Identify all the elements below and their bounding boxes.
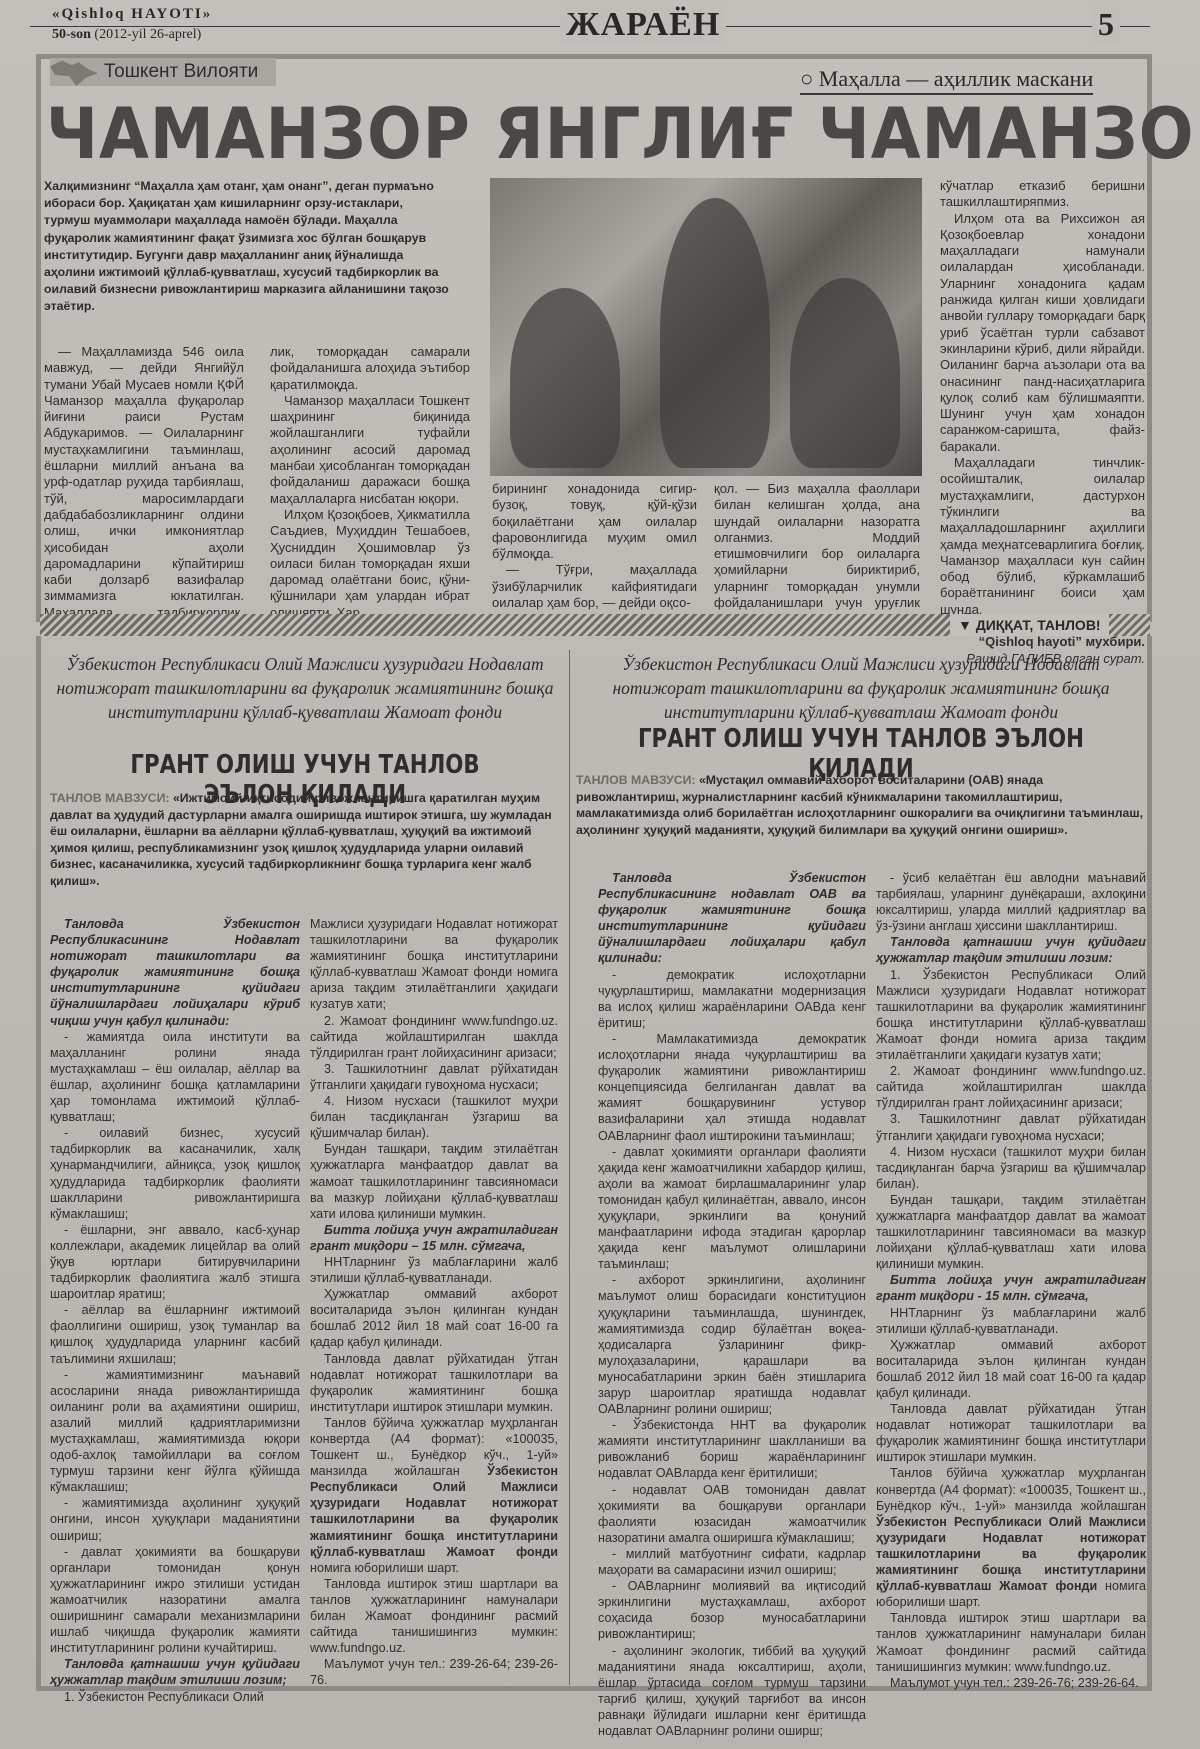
- issue-info: 50-son (2012-yil 26-aprel): [52, 27, 212, 43]
- paragraph: ННТларнинг ўз маблағларини жалб этилиши …: [310, 1254, 558, 1286]
- paragraph: Бундан ташқари, тақдим этилаётган ҳужжат…: [876, 1192, 1146, 1272]
- address: Танлов бўйича ҳужжатлар муҳрланган конве…: [876, 1465, 1146, 1610]
- address-intro: Танлов бўйича ҳужжатлар муҳрланган конве…: [876, 1466, 1146, 1512]
- right-ad-column-1: Танловда Ўзбекистон Республикасининг нод…: [598, 870, 866, 1739]
- address-org: Ўзбекистон Республикаси Олий Мажлиси ҳуз…: [310, 1464, 558, 1558]
- column-divider: [569, 650, 570, 1685]
- paragraph: — Тўғри, маҳаллада ўзибўларчилик кайфият…: [492, 562, 697, 611]
- article-photo: [490, 178, 922, 476]
- notice-banner: ▼ ДИҚҚАТ, ТАНЛОВ!: [950, 614, 1109, 636]
- article-headline: ЧАМАНЗОР ЯНГЛИҒ ЧАМАНЗОР: [46, 96, 1058, 172]
- intro: Танловда Ўзбекистон Республикасининг нод…: [598, 870, 866, 967]
- list-item: - ёшларни, энг аввало, касб-ҳунар коллеж…: [50, 1222, 300, 1302]
- grant-amount: Битта лойиҳа учун ажратиладиган грант ми…: [876, 1272, 1146, 1304]
- paragraph: лик, томорқадан самарали фойдаланишга ал…: [270, 344, 470, 393]
- theme-label: ТАНЛОВ МАВЗУСИ:: [50, 791, 170, 805]
- grant-amount: Битта лойиҳа учун ажратиладиган грант ми…: [310, 1222, 558, 1254]
- paragraph: Бундан ташқари, тақдим этилаётган ҳужжат…: [310, 1141, 558, 1221]
- paragraph: Илҳом Қозоқбоев, Ҳикматилла Саъдиев, Муҳ…: [270, 507, 470, 621]
- uzbekistan-map-icon: [50, 58, 98, 86]
- list-item: - нодавлат ОАВ томонидан давлат ҳокимият…: [598, 1482, 866, 1546]
- right-ad-column-2: - ўсиб келаётган ёш авлодни маънавий тар…: [876, 870, 1146, 1691]
- section-title: ЖАРАЁН: [560, 6, 726, 44]
- list-item: - давлат ҳокимияти ва бошқаруви органлар…: [50, 1544, 300, 1657]
- photo-person-3: [790, 278, 900, 468]
- page-number: 5: [1092, 6, 1120, 43]
- newspaper-page: «Qishloq HAYOTI» 50-son (2012-yil 26-apr…: [0, 0, 1200, 1749]
- doc-item: 2. Жамоат фондининг www.fundngo.uz. сайт…: [876, 1063, 1146, 1111]
- article-column-1: — Маҳалламизда 546 оила мавжуд, — дейди …: [44, 344, 244, 637]
- paragraph: Ҳужжатлар оммавий ахборот воситаларида э…: [876, 1337, 1146, 1401]
- paper-name: «Qishloq HAYOTI»: [52, 6, 212, 23]
- article-column-3: бирининг хонадонида сигир-бузоқ, товуқ, …: [492, 481, 697, 611]
- masthead-left: «Qishloq HAYOTI» 50-son (2012-yil 26-apr…: [52, 6, 212, 43]
- left-ad-theme: ТАНЛОВ МАВЗУСИ: «Ижтимоий-иқтисодий риво…: [50, 790, 560, 890]
- paragraph: Илҳом ота ва Рихсижон ая Қозоқбоевлар хо…: [940, 211, 1145, 455]
- address-tail: номига юборилиши шарт.: [310, 1561, 459, 1575]
- paragraph: ННТларнинг ўз маблағларини жалб этилиши …: [876, 1305, 1146, 1337]
- doc-item: 4. Низом нусхаси (ташкилот муҳри билан т…: [876, 1144, 1146, 1192]
- doc-item: 3. Ташкилотнинг давлат рўйхатидан ўтганл…: [310, 1061, 558, 1093]
- doc-item: 1. Ўзбекистон Республикаси Олий: [50, 1689, 300, 1705]
- doc-item: 3. Ташкилотнинг давлат рўйхатидан ўтганл…: [876, 1111, 1146, 1143]
- contact: Маълумот учун тел.: 239-26-64; 239-26-76…: [310, 1656, 558, 1688]
- list-item: - ОАВларнинг молиявий ва иқтисодий эркин…: [598, 1578, 866, 1642]
- paragraph: Чаманзор маҳалласи Тошкент шаҳрининг биқ…: [270, 393, 470, 507]
- region-label: Тошкент Вилояти: [104, 61, 258, 83]
- list-item: - миллий матбуотнинг сифати, кадрлар маҳ…: [598, 1546, 866, 1578]
- doc-item: 1. Ўзбекистон Республикаси Олий Мажлиси …: [876, 967, 1146, 1064]
- issue-number: 50-son: [52, 27, 91, 42]
- theme-text: «Ижтимоий-иқтисодий ривожлантиришга қара…: [50, 791, 552, 888]
- rules: Танловда иштирок этиш шартлари ва танлов…: [310, 1576, 558, 1656]
- paragraph: Ҳужжатлар оммавий ахборот воситаларида э…: [310, 1286, 558, 1350]
- list-item: - Мамлакатимизда демократик ислоҳотларни…: [598, 1031, 866, 1144]
- list-item: - жамиятда оила институти ва маҳалланинг…: [50, 1029, 300, 1126]
- doc-item: Мажлиси ҳузуридаги Нодавлат нотижорат та…: [310, 916, 558, 1013]
- paragraph: бирининг хонадонида сигир-бузоқ, товуқ, …: [492, 481, 697, 562]
- article-column-5: кўчатлар етказиб беришни ташкиллаштиряпм…: [940, 178, 1145, 667]
- address: Танлов бўйича ҳужжатлар муҳрланган конве…: [310, 1415, 558, 1576]
- theme-label: ТАНЛОВ МАВЗУСИ:: [576, 773, 696, 787]
- paragraph: Маҳалладаги тинчлик-осойишталик, оилалар…: [940, 455, 1145, 618]
- list-item: - ўсиб келаётган ёш авлодни маънавий тар…: [876, 870, 1146, 934]
- region-tag: Тошкент Вилояти: [50, 58, 276, 86]
- right-ad-org: Ўзбекистон Республикаси Олий Мажлиси ҳуз…: [576, 652, 1146, 724]
- list-item: - оилавий бизнес, хусусий тадбиркорлик в…: [50, 1125, 300, 1222]
- article-lead: Халқимизнинг “Маҳалла ҳам отанг, ҳам она…: [44, 178, 450, 316]
- photo-person-2: [660, 198, 770, 468]
- paragraph: — Маҳалламизда 546 оила мавжуд, — дейди …: [44, 344, 244, 637]
- paragraph: қол. — Биз маҳалла фаоллари билан келишг…: [714, 481, 920, 628]
- article-column-2: лик, томорқадан самарали фойдаланишга ал…: [270, 344, 470, 621]
- list-item: - жамиятимизнинг маънавий асосларини яна…: [50, 1367, 300, 1496]
- contact: Маълумот учун тел.: 239-26-76; 239-26-64…: [876, 1675, 1146, 1691]
- docs-heading: Танловда қатнашиш учун қуйидаги ҳужжатла…: [50, 1656, 300, 1688]
- doc-item: 2. Жамоат фондининг www.fundngo.uz. сайт…: [310, 1013, 558, 1061]
- list-item: - ахборот эркинлигини, аҳолининг маълумо…: [598, 1272, 866, 1417]
- article-column-4: қол. — Биз маҳалла фаоллари билан келишг…: [714, 481, 920, 628]
- list-item: - жамиятимизда аҳолининг ҳуқуқий онгини,…: [50, 1495, 300, 1543]
- list-item: - аҳолининг экологик, тиббий ва ҳуқуқий …: [598, 1643, 866, 1740]
- left-ad-column-1: Танловда Ўзбекистон Республикасининг Нод…: [50, 916, 300, 1705]
- left-ad-column-2: Мажлиси ҳузуридаги Нодавлат нотижорат та…: [310, 916, 558, 1689]
- doc-item: 4. Низом нусхаси (ташкилот муҳри билан т…: [310, 1093, 558, 1141]
- rules: Танловда иштирок этиш шартлари ва танлов…: [876, 1610, 1146, 1674]
- paragraph: кўчатлар етказиб беришни ташкиллаштиряпм…: [940, 178, 1145, 211]
- paragraph: Танловда давлат рўйхатидан ўтган нодавла…: [876, 1401, 1146, 1465]
- right-ad-theme: ТАНЛОВ МАВЗУСИ: «Мустақил оммавий ахборо…: [576, 772, 1146, 838]
- list-item: - Ўзбекистонда ННТ ва фуқаролик жамияти …: [598, 1417, 866, 1481]
- docs-heading: Танловда қатнашиш учун қуйидаги ҳужжатла…: [876, 934, 1146, 966]
- issue-date: (2012-yil 26-aprel): [94, 27, 201, 42]
- paragraph: Танловда давлат рўйхатидан ўтган нодавла…: [310, 1351, 558, 1415]
- intro: Танловда Ўзбекистон Республикасининг Нод…: [50, 916, 300, 1029]
- list-item: - давлат ҳокимияти органлари фаолияти ҳа…: [598, 1144, 866, 1273]
- list-item: - демократик ислоҳотларни чуқурлаштириш,…: [598, 967, 866, 1031]
- list-item: - аёллар ва ёшларнинг ижтимоий фаоллигин…: [50, 1302, 300, 1366]
- left-ad-org: Ўзбекистон Республикаси Олий Мажлиси ҳуз…: [50, 652, 560, 724]
- photo-person-1: [510, 288, 620, 468]
- rubric: ○ Маҳалла — аҳиллик маскани: [800, 66, 1093, 95]
